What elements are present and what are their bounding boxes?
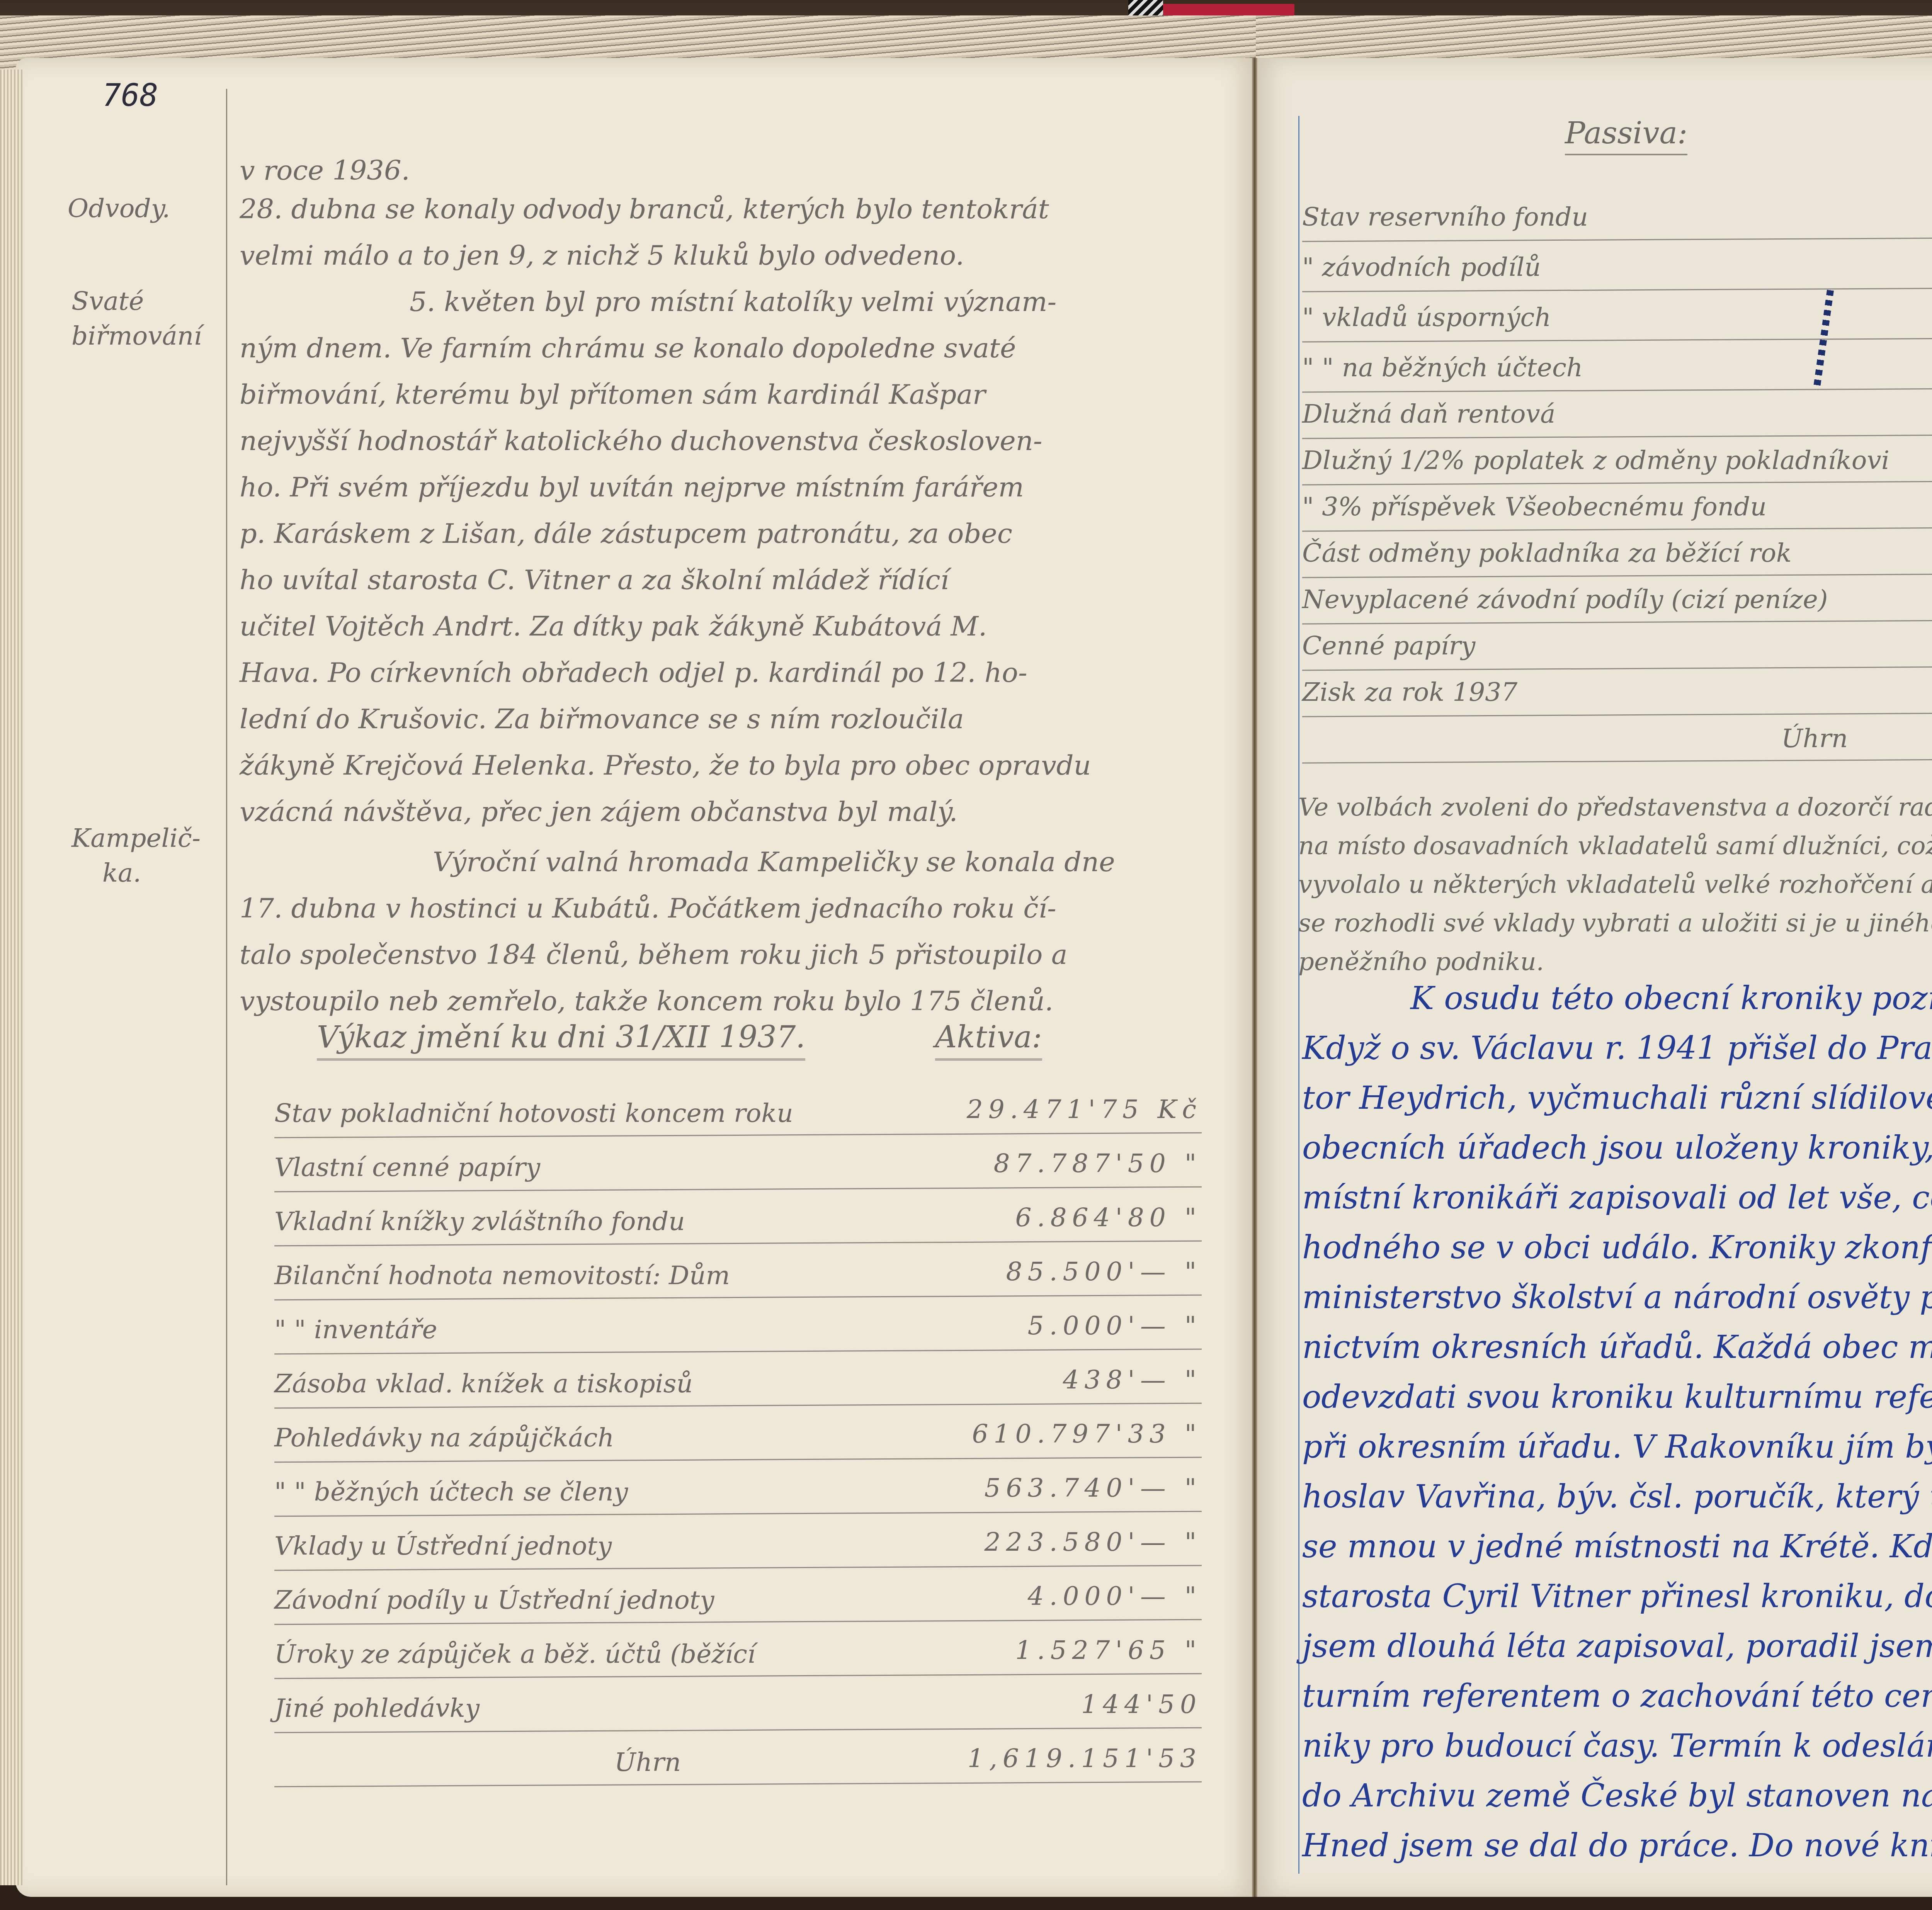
row-label: " " běžných účtech se členy: [274, 1477, 628, 1507]
aktiva-row: Zásoba vklad. knížek a tiskopisů438'— ": [274, 1356, 1202, 1406]
text-line: Hava. Po církevních obřadech odjel p. ka…: [240, 657, 1027, 688]
row-label: Jiné pohledávky: [274, 1693, 480, 1723]
text-line: ným dnem. Ve farním chrámu se konalo dop…: [240, 332, 1016, 364]
text-line: ho uvítal starosta C. Vitner a za školní…: [240, 564, 949, 596]
row-amount: 223.580'— ": [985, 1527, 1202, 1557]
side-label-kampelicka: Kampelič-: [71, 819, 201, 858]
statement-heading: Výkaz jmění ku dni 31/XII 1937.: [317, 1020, 805, 1060]
row-label: " 3% příspěvek Všeobecnému fondu: [1302, 492, 1767, 522]
text-line: vzácná návštěva, přec jen zájem občanstv…: [240, 796, 958, 828]
row-label: Úroky ze zápůjček a běž. účtů (běžící: [274, 1639, 755, 1669]
row-label: Dlužný 1/2% poplatek z odměny pokladníko…: [1302, 445, 1889, 475]
row-label: " " inventáře: [274, 1315, 437, 1344]
passiva-row: Nevyplacené závodní podíly (cizí peníze)…: [1302, 572, 1932, 622]
row-label: Stav pokladniční hotovosti koncem roku: [274, 1098, 793, 1128]
text-line: lední do Krušovic. Za biřmovance se s ní…: [240, 703, 964, 735]
text-line: žákyně Krejčová Helenka. Přesto, že to b…: [240, 749, 1091, 781]
row-amount: 29.471'75 Kč: [967, 1094, 1202, 1124]
row-amount: 610.797'33 ": [972, 1419, 1202, 1449]
row-label: " závodních podílů: [1302, 252, 1541, 282]
aktiva-row: Vkladní knížky zvláštního fondu6.864'80 …: [274, 1194, 1202, 1244]
aktiva-row: Stav pokladniční hotovosti koncem roku29…: [274, 1086, 1202, 1136]
text-line: na místo dosavadních vkladatelů samí dlu…: [1298, 827, 1932, 865]
text-line: Výroční valná hromada Kampeličky se kona…: [433, 846, 1115, 878]
row-label: Část odměny pokladníka za běžící rok: [1302, 538, 1792, 568]
passiva-heading: Passiva:: [1565, 116, 1687, 155]
text-line: při okresním úřadu. V Rakovníku jím byl …: [1302, 1422, 1932, 1472]
row-label: Závodní podíly u Ústřední jednoty: [274, 1585, 714, 1615]
aktiva-row: Bilanční hodnota nemovitostí: Dům85.500'…: [274, 1248, 1202, 1298]
passiva-row: Zisk za rok 19371.001'60 ": [1302, 664, 1932, 715]
row-label: Bilanční hodnota nemovitostí: Dům: [274, 1261, 730, 1290]
side-label-svate: Svaté: [71, 282, 144, 321]
text-line: tor Heydrich, vyčmuchali různí slídilové…: [1302, 1073, 1932, 1123]
text-line: ministerstvo školství a národní osvěty p…: [1302, 1273, 1932, 1322]
text-line: odevzdati svou kroniku kulturnímu refere…: [1302, 1372, 1932, 1422]
text-line: jsem dlouhá léta zapisoval, poradil jsem…: [1302, 1621, 1932, 1671]
text-line: místní kronikáři zapisovali od let vše, …: [1302, 1173, 1932, 1223]
passiva-row: Stav reservního fondu151.959'43 Kč: [1302, 189, 1932, 240]
text-line: hoslav Vavřina, býv. čsl. poručík, který…: [1302, 1472, 1932, 1522]
row-label: Vklady u Ústřední jednoty: [274, 1531, 612, 1561]
row-label: Vlastní cenné papíry: [274, 1152, 540, 1182]
text-line: niky pro budoucí časy. Termín k odeslání…: [1302, 1721, 1932, 1771]
row-label: Dlužná daň rentová: [1302, 399, 1555, 429]
row-amount: 438'— ": [1063, 1365, 1202, 1395]
aktiva-row: Vlastní cenné papíry87.787'50 ": [274, 1140, 1202, 1190]
row-label: Zisk za rok 1937: [1302, 677, 1517, 707]
aktiva-heading: Aktiva:: [935, 1020, 1042, 1060]
row-amount: 5.000'— ": [1028, 1311, 1202, 1341]
text-line: starosta Cyril Vitner přinesl kroniku, d…: [1302, 1572, 1932, 1621]
text-line: vystoupilo neb zemřelo, takže koncem rok…: [240, 985, 1053, 1017]
text-line: Hned jsem se dal do práce. Do nové knihy…: [1302, 1821, 1932, 1871]
text-line: K osudu této obecní kroniky poznamenávám…: [1302, 974, 1932, 1023]
margin-rule-left: [226, 89, 227, 1885]
row-label: Vkladní knížky zvláštního fondu: [274, 1206, 685, 1236]
page-number-left: 768: [102, 77, 158, 113]
row-label: " vkladů úsporných: [1302, 302, 1551, 332]
passiva-total-row: Úhrn1,619.151'53 Kč: [1302, 711, 1932, 761]
side-label-birmovani: biřmování: [71, 317, 202, 355]
aktiva-row: Pohledávky na zápůjčkách610.797'33 ": [274, 1410, 1202, 1460]
text-line: se rozhodli své vklady vybrati a uložiti…: [1298, 904, 1932, 943]
row-label: Pohledávky na zápůjčkách: [274, 1423, 614, 1453]
margin-rule-right-inner: [1298, 116, 1299, 1874]
text-line: 5. květen byl pro místní katolíky velmi …: [410, 286, 1056, 318]
text-line: biřmování, kterému byl přítomen sám kard…: [240, 379, 986, 410]
ink-paragraph-chronicle-fate: K osudu této obecní kroniky poznamenávám…: [1302, 974, 1932, 1871]
pencil-note-elections: Ve volbách zvoleni do představenstva a d…: [1298, 788, 1932, 981]
total-amount: 1,619.151'53: [968, 1743, 1202, 1773]
row-label: " " na běžných účtech: [1302, 353, 1583, 382]
side-label-ka: ka.: [102, 854, 141, 892]
text-line: do Archivu země České byl stanoven na je…: [1302, 1771, 1932, 1821]
text-line: učitel Vojtěch Andrt. Za dítky pak žákyn…: [240, 610, 987, 642]
text-line: p. Karáskem z Lišan, dále zástupcem patr…: [240, 518, 1012, 549]
text-line: obecních úřadech jsou uloženy kroniky, d…: [1302, 1123, 1932, 1173]
text-line: nejvyšší hodnostář katolického duchovens…: [240, 425, 1043, 457]
aktiva-row: Vklady u Ústřední jednoty223.580'— ": [274, 1518, 1202, 1568]
text-line: 28. dubna se konaly odvody branců, který…: [240, 193, 1049, 225]
open-book: 768 Odvody. Svaté biřmování Kampelič- ka…: [0, 0, 1932, 1910]
passiva-row: " závodních podílů3.500'— ": [1302, 240, 1932, 290]
side-label-odvody: Odvody.: [68, 189, 170, 228]
text-line: vyvolalo u některých vkladatelů velké ro…: [1298, 865, 1932, 904]
year-heading: v roce 1936.: [240, 155, 410, 186]
row-label: Zásoba vklad. knížek a tiskopisů: [274, 1369, 693, 1399]
total-label: Úhrn: [614, 1747, 681, 1777]
row-amount: 87.787'50 ": [994, 1149, 1202, 1178]
text-line: Ve volbách zvoleni do představenstva a d…: [1298, 788, 1932, 827]
text-line: Když o sv. Václavu r. 1941 přišel do Pra…: [1302, 1023, 1932, 1073]
text-line: turním referentem o zachování této cenné…: [1302, 1671, 1932, 1721]
row-label: Nevyplacené závodní podíly (cizí peníze): [1302, 585, 1828, 614]
aktiva-row: Úroky ze zápůjček a běž. účtů (běžící1.5…: [274, 1626, 1202, 1677]
passiva-row: " 3% příspěvek Všeobecnému fondu1.296'45…: [1302, 479, 1932, 529]
book-gutter: [1252, 58, 1257, 1897]
text-line: 17. dubna v hostinci u Kubátů. Počátkem …: [240, 892, 1056, 924]
text-line: talo společenstvo 184 členů, během roku …: [240, 939, 1067, 970]
row-label: Cenné papíry: [1302, 631, 1475, 661]
row-amount: 85.500'— ": [1006, 1257, 1202, 1286]
text-line: se mnou v jedné místnosti na Krétě. Když…: [1302, 1522, 1932, 1572]
passiva-row: Dlužná daň rentová2.592'95 ": [1302, 386, 1932, 437]
fore-edge-left: [0, 70, 23, 1885]
passiva-row: Cenné papíry66'35 ": [1302, 618, 1932, 668]
row-amount: 4.000'— ": [1028, 1581, 1202, 1611]
text-line: hodného se v obci událo. Kroniky zkonfis…: [1302, 1223, 1932, 1273]
text-line: ho. Při svém příjezdu byl uvítán nejprve…: [240, 471, 1024, 503]
total-label: Úhrn: [1781, 724, 1848, 753]
aktiva-total-row: Úhrn1,619.151'53: [274, 1735, 1202, 1785]
text-line: velmi málo a to jen 9, z nichž 5 kluků b…: [240, 240, 964, 271]
row-amount: 563.740'— ": [985, 1473, 1202, 1503]
aktiva-row: " " inventáře5.000'— ": [274, 1302, 1202, 1352]
row-amount: 144'50: [1081, 1689, 1202, 1719]
passiva-row: " vkladů úsporných1,448.246'75 ": [1302, 290, 1932, 340]
passiva-row: Část odměny pokladníka za běžící rok1.60…: [1302, 525, 1932, 576]
row-amount: 1.527'65 ": [1015, 1635, 1202, 1665]
row-label: Stav reservního fondu: [1302, 202, 1588, 232]
passiva-row: " " na běžných účtech7.903'30 ": [1302, 340, 1932, 390]
aktiva-row: Jiné pohledávky144'50: [274, 1681, 1202, 1731]
row-amount: 6.864'80 ": [1015, 1203, 1202, 1232]
aktiva-row: Závodní podíly u Ústřední jednoty4.000'—…: [274, 1572, 1202, 1623]
passiva-row: Dlužný 1/2% poplatek z odměny pokladníko…: [1302, 433, 1932, 483]
text-line: nictvím okresních úřadů. Každá obec muse…: [1302, 1322, 1932, 1372]
aktiva-row: " " běžných účtech se členy563.740'— ": [274, 1464, 1202, 1514]
